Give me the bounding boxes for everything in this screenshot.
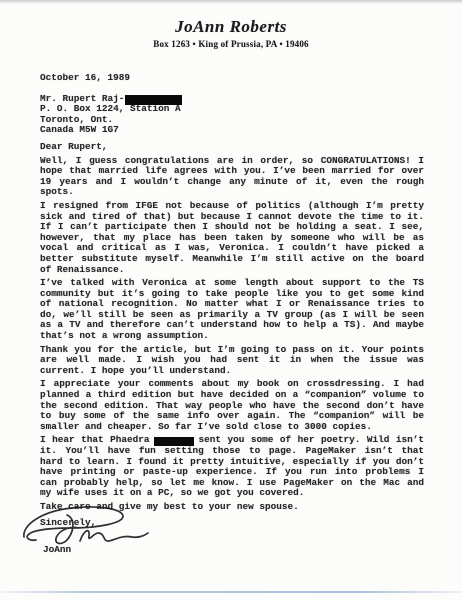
paragraph-2: I resigned from IFGE not because of poli… bbox=[40, 201, 424, 275]
paragraph-3: I’ve talked with Veronica at some length… bbox=[40, 278, 424, 342]
paragraph-6-text-after: sent you some of her poetry. Wild isn’t bbox=[199, 434, 424, 445]
letterhead: JoAnn Roberts Box 1263 • King of Prussia… bbox=[0, 0, 462, 50]
paragraph-6-text-before: I hear that Phaedra bbox=[40, 434, 150, 445]
paragraph-6-rest: it. You’ll have fun setting those to pag… bbox=[40, 446, 424, 499]
paragraph-6: I hear that Phaedrasent you some of her … bbox=[40, 435, 424, 499]
valediction: Sincerely, bbox=[40, 518, 424, 529]
letter-body: October 16, 1989 Mr. Rupert Raj- P. O. B… bbox=[40, 73, 424, 556]
paragraph-5: I appreciate your comments about my book… bbox=[40, 379, 424, 432]
salutation: Dear Rupert, bbox=[40, 142, 424, 153]
paragraph-1: Well, I guess congratulations are in ord… bbox=[40, 156, 424, 198]
letterhead-name: JoAnn Roberts bbox=[0, 17, 462, 37]
scanned-letter-page: JoAnn Roberts Box 1263 • King of Prussia… bbox=[0, 0, 462, 600]
redaction-bar-phaedra bbox=[154, 437, 194, 447]
typed-signature-name: JoAnn bbox=[43, 545, 424, 556]
paragraph-4: Thank you for the article, but I’m going… bbox=[40, 345, 424, 377]
recipient-name: Mr. Rupert Raj- bbox=[40, 93, 124, 104]
recipient-address-block: Mr. Rupert Raj- P. O. Box 1224, Station … bbox=[40, 94, 424, 136]
letter-date: October 16, 1989 bbox=[40, 73, 424, 84]
scan-edge-artifact-bottom bbox=[0, 591, 462, 593]
recipient-address-lines: P. O. Box 1224, Station A Toronto, Ont. … bbox=[40, 104, 424, 136]
redaction-bar-recipient bbox=[125, 95, 182, 105]
paragraph-7: Take care and give my best to your new s… bbox=[40, 502, 424, 513]
letterhead-address: Box 1263 • King of Prussia, PA • 19406 bbox=[0, 39, 462, 50]
